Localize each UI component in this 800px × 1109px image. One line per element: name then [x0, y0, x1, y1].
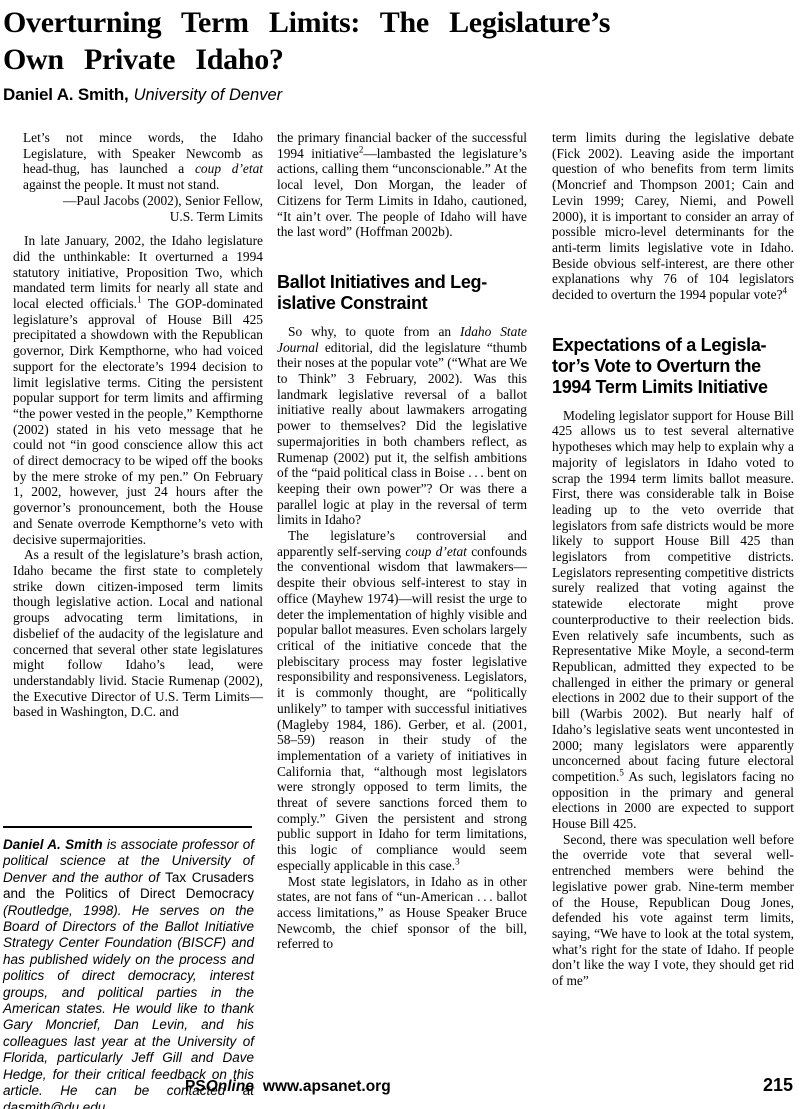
- heading-line: islative Constraint: [277, 293, 527, 314]
- section-heading-expectations: Expectations of a Legisla- tor’s Vote to…: [552, 335, 794, 398]
- attribution-line-1: —Paul Jacobs (2002), Senior Fellow,: [13, 193, 263, 209]
- paragraph: term limits during the legislative debat…: [552, 130, 794, 303]
- article-page: Overturning Term Limits: The Legislature…: [0, 0, 800, 1109]
- column-right: term limits during the legislative debat…: [552, 130, 794, 989]
- author-bio-box: Daniel A. Smith is associate professor o…: [3, 826, 254, 1109]
- journal-footer: PSOnlinewww.apsanet.org: [185, 1078, 391, 1096]
- epigraph-attribution: —Paul Jacobs (2002), Senior Fellow, U.S.…: [13, 193, 263, 224]
- title-line-1: Overturning Term Limits: The Legislature…: [3, 4, 610, 41]
- column-middle: the primary financial backer of the succ…: [277, 130, 527, 952]
- paragraph: As a result of the legislature’s brash a…: [13, 547, 263, 720]
- journal-name: PS: [185, 1078, 206, 1095]
- author-affiliation: University of Denver: [134, 86, 283, 104]
- section-heading-ballot-initiatives: Ballot Initiatives and Leg- islative Con…: [277, 272, 527, 314]
- journal-url: www.apsanet.org: [263, 1078, 391, 1095]
- column-left: Let’s not mince words, the Idaho Legisla…: [13, 130, 263, 720]
- paragraph: In late January, 2002, the Idaho legisla…: [13, 233, 263, 547]
- author-bio-text: Daniel A. Smith is associate professor o…: [3, 837, 254, 1109]
- paragraph: Modeling legislator support for House Bi…: [552, 408, 794, 832]
- paragraph: So why, to quote from an Idaho State Jou…: [277, 324, 527, 528]
- byline: Daniel A. Smith,University of Denver: [3, 85, 282, 105]
- page-number: 215: [763, 1075, 793, 1096]
- heading-line: Expectations of a Legisla-: [552, 335, 794, 356]
- bio-divider-rule: [3, 826, 252, 828]
- author-name: Daniel A. Smith,: [3, 85, 129, 104]
- heading-line: tor’s Vote to Overturn the: [552, 356, 794, 377]
- paragraph: Most state legislators, in Idaho as in o…: [277, 874, 527, 953]
- paragraph: The legislature’s controversial and appa…: [277, 528, 527, 873]
- heading-line: 1994 Term Limits Initiative: [552, 377, 794, 398]
- attribution-line-2: U.S. Term Limits: [13, 209, 263, 225]
- heading-line: Ballot Initiatives and Leg-: [277, 272, 527, 293]
- journal-name-online: Online: [206, 1078, 254, 1095]
- title-line-2: Own Private Idaho?: [3, 41, 610, 78]
- page-title: Overturning Term Limits: The Legislature…: [3, 4, 610, 78]
- epigraph-quote: Let’s not mince words, the Idaho Legisla…: [23, 130, 263, 193]
- paragraph: Second, there was speculation well befor…: [552, 832, 794, 989]
- paragraph: the primary financial backer of the succ…: [277, 130, 527, 240]
